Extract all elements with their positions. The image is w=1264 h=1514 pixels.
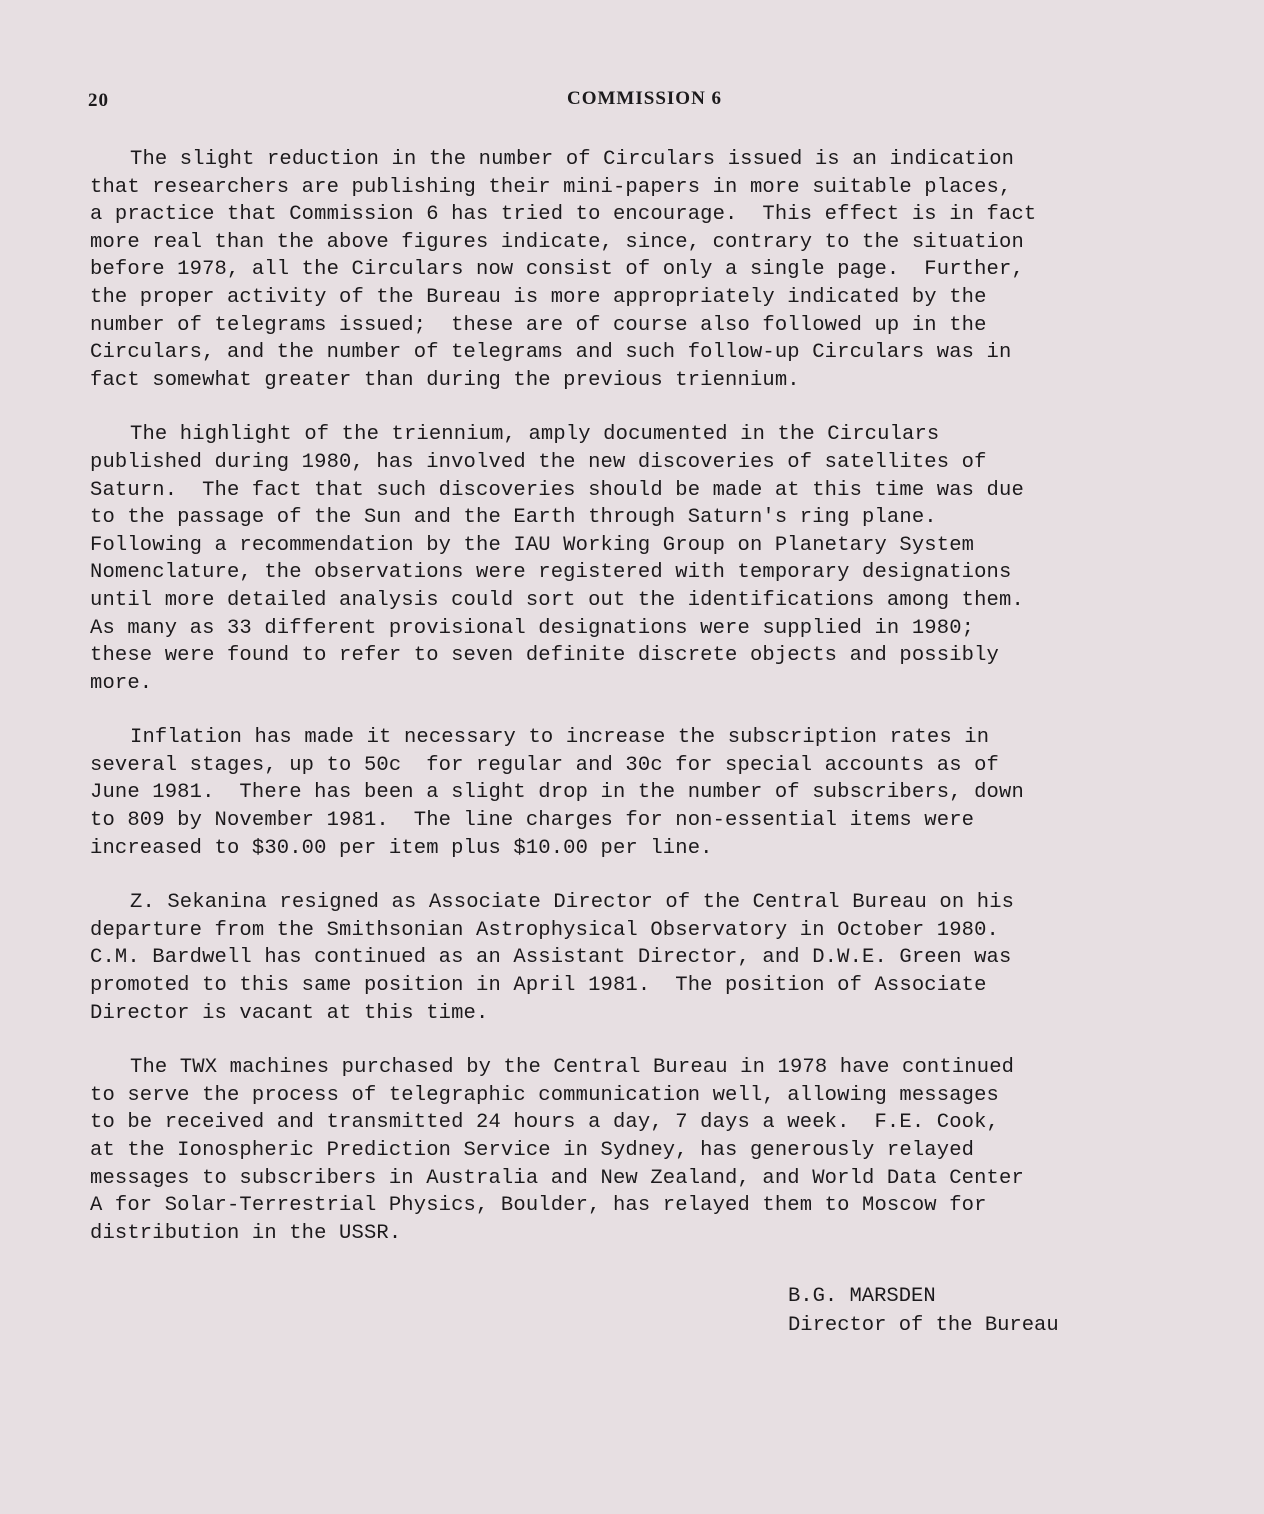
paragraph-saturn-satellites: The highlight of the triennium, amply do… — [90, 421, 1150, 697]
text-line: promoted to this same position in April … — [90, 972, 1150, 1000]
text-line: messages to subscribers in Australia and… — [90, 1165, 1150, 1193]
text-line: Nomenclature, the observations were regi… — [90, 559, 1150, 587]
text-line: until more detailed analysis could sort … — [90, 587, 1150, 615]
text-line: increased to $30.00 per item plus $10.00… — [90, 835, 1150, 863]
text-line: before 1978, all the Circulars now consi… — [90, 256, 1150, 284]
text-line: published during 1980, has involved the … — [90, 449, 1150, 477]
signatory-name: B.G. MARSDEN — [788, 1282, 1059, 1311]
text-line: Saturn. The fact that such discoveries s… — [90, 477, 1150, 505]
text-line: The slight reduction in the number of Ci… — [90, 146, 1150, 174]
text-line: to be received and transmitted 24 hours … — [90, 1109, 1150, 1137]
text-line: The highlight of the triennium, amply do… — [90, 421, 1150, 449]
text-line: at the Ionospheric Prediction Service in… — [90, 1137, 1150, 1165]
text-line: the proper activity of the Bureau is mor… — [90, 284, 1150, 312]
paragraph-staff-changes: Z. Sekanina resigned as Associate Direct… — [90, 889, 1150, 1027]
signatory-title: Director of the Bureau — [788, 1311, 1059, 1340]
text-line: to serve the process of telegraphic comm… — [90, 1082, 1150, 1110]
page-number: 20 — [88, 90, 109, 112]
text-line: more real than the above figures indicat… — [90, 229, 1150, 257]
text-line: Circulars, and the number of telegrams a… — [90, 339, 1150, 367]
text-line: June 1981. There has been a slight drop … — [90, 779, 1150, 807]
text-line: Z. Sekanina resigned as Associate Direct… — [90, 889, 1150, 917]
text-line: As many as 33 different provisional desi… — [90, 615, 1150, 643]
text-line: that researchers are publishing their mi… — [90, 174, 1150, 202]
text-line: these were found to refer to seven defin… — [90, 642, 1150, 670]
running-title: COMMISSION 6 — [567, 88, 722, 110]
text-line: more. — [90, 670, 1150, 698]
text-line: fact somewhat greater than during the pr… — [90, 367, 1150, 395]
paragraph-twx-machines: The TWX machines purchased by the Centra… — [90, 1054, 1150, 1247]
text-line: distribution in the USSR. — [90, 1220, 1150, 1248]
text-line: a practice that Commission 6 has tried t… — [90, 201, 1150, 229]
text-line: Following a recommendation by the IAU Wo… — [90, 532, 1150, 560]
report-body: The slight reduction in the number of Ci… — [90, 146, 1150, 1275]
text-line: number of telegrams issued; these are of… — [90, 312, 1150, 340]
paragraph-subscription-rates: Inflation has made it necessary to incre… — [90, 724, 1150, 862]
signature-block: B.G. MARSDEN Director of the Bureau — [788, 1282, 1059, 1340]
text-line: to the passage of the Sun and the Earth … — [90, 504, 1150, 532]
paragraph-circulars: The slight reduction in the number of Ci… — [90, 146, 1150, 394]
text-line: A for Solar-Terrestrial Physics, Boulder… — [90, 1192, 1150, 1220]
text-line: C.M. Bardwell has continued as an Assist… — [90, 944, 1150, 972]
text-line: Director is vacant at this time. — [90, 1000, 1150, 1028]
text-line: several stages, up to 50c for regular an… — [90, 752, 1150, 780]
page-header: 20 COMMISSION 6 — [88, 88, 788, 114]
text-line: departure from the Smithsonian Astrophys… — [90, 917, 1150, 945]
text-line: The TWX machines purchased by the Centra… — [90, 1054, 1150, 1082]
text-line: to 809 by November 1981. The line charge… — [90, 807, 1150, 835]
text-line: Inflation has made it necessary to incre… — [90, 724, 1150, 752]
